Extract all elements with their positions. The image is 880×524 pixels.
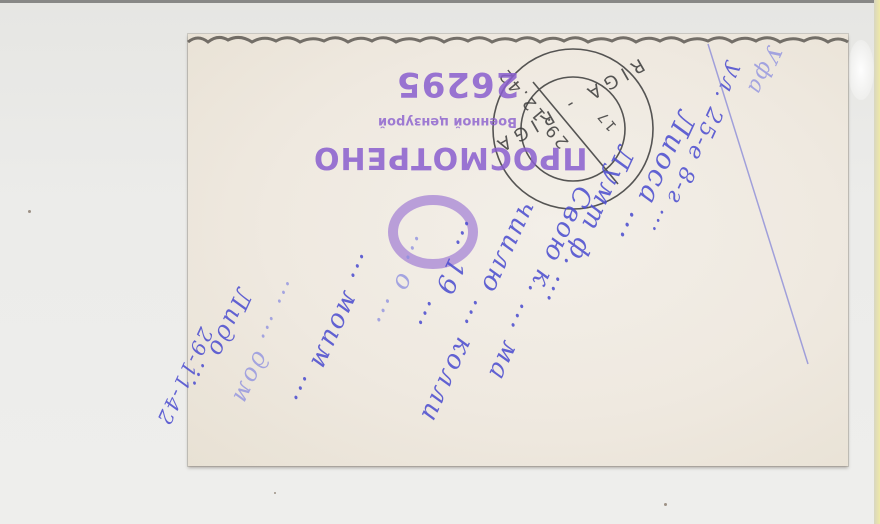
scan-right-edge	[874, 0, 880, 524]
postcard: RIGA - RIGA 29.12.42 17 26295 Военной це…	[188, 34, 848, 466]
plastic-sleeve-glare	[848, 40, 874, 100]
address-divider-line	[188, 34, 848, 466]
dust-speck	[274, 492, 276, 494]
scan-top-edge	[0, 0, 880, 3]
dust-speck	[664, 503, 667, 506]
dust-speck	[28, 210, 31, 213]
